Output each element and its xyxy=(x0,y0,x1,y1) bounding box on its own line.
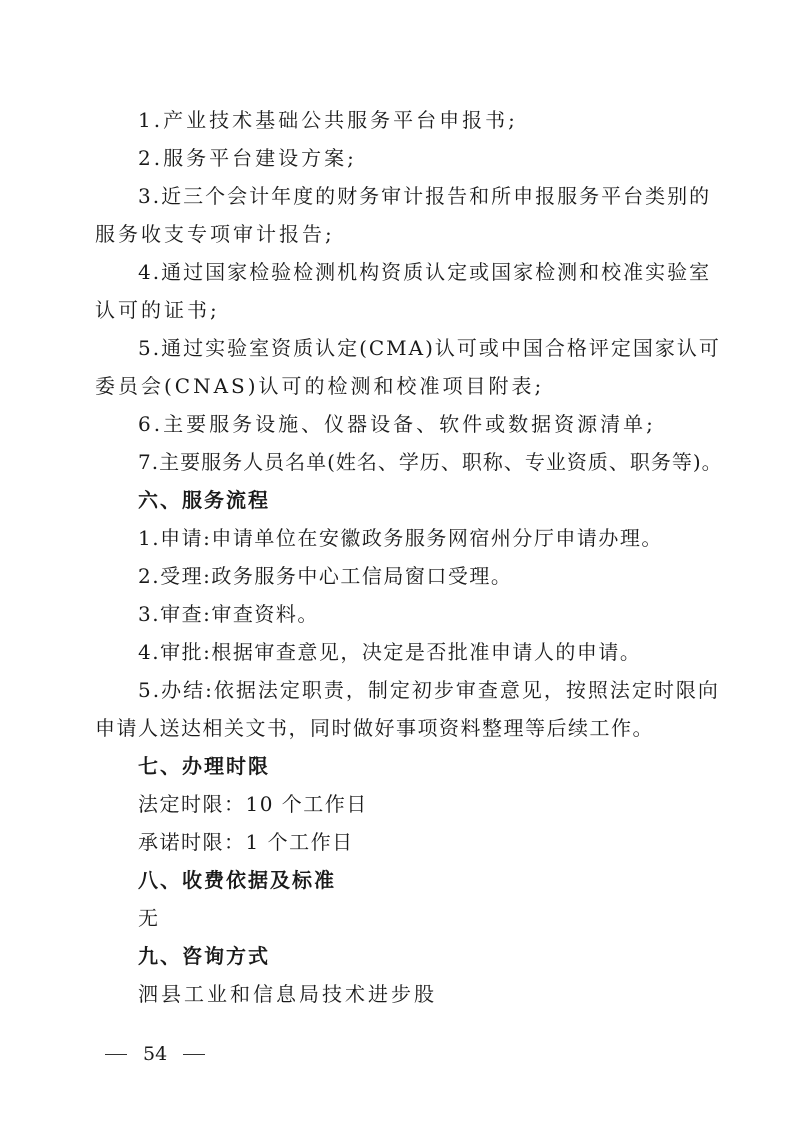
material-item-6: 6.主要服务设施、仪器设备、软件或数据资源清单; xyxy=(138,412,656,436)
process-step-5: 5.办结:依据法定职责，制定初步审查意见，按照法定时限向 xyxy=(138,678,698,702)
footer-dash-left xyxy=(105,1054,127,1055)
footer-dash-right xyxy=(183,1054,205,1055)
process-step-1: 1.申请:申请单位在安徽政务服务网宿州分厅申请办理。 xyxy=(138,526,663,550)
process-step-5-cont: 申请人送达相关文书，同时做好事项资料整理等后续工作。 xyxy=(95,716,654,740)
material-item-3: 3.近三个会计年度的财务审计报告和所申报服务平台类别的 xyxy=(138,184,698,208)
section-heading-service-process: 六、服务流程 xyxy=(138,488,270,512)
material-item-4-cont: 认可的证书; xyxy=(95,298,220,322)
legal-time-limit: 法定时限：10 个工作日 xyxy=(138,792,368,816)
document-page: 1.产业技术基础公共服务平台申报书; 2.服务平台建设方案; 3.近三个会计年度… xyxy=(0,0,793,1122)
material-item-3-cont: 服务收支专项审计报告; xyxy=(95,222,335,246)
section-heading-consultation: 九、咨询方式 xyxy=(138,944,270,968)
process-step-2: 2.受理:政务服务中心工信局窗口受理。 xyxy=(138,564,512,588)
process-step-3: 3.审查:审查资料。 xyxy=(138,602,319,626)
section-heading-processing-time: 七、办理时限 xyxy=(138,754,270,778)
material-item-4: 4.通过国家检验检测机构资质认定或国家检测和校准实验室 xyxy=(138,260,698,284)
material-item-1: 1.产业技术基础公共服务平台申报书; xyxy=(138,108,518,132)
process-step-4: 4.审批:根据审查意见，决定是否批准申请人的申请。 xyxy=(138,640,641,664)
fees-content: 无 xyxy=(138,906,161,930)
material-item-5-cont: 委员会(CNAS)认可的检测和校准项目附表; xyxy=(95,374,544,398)
material-item-5: 5.通过实验室资质认定(CMA)认可或中国合格评定国家认可 xyxy=(138,336,698,360)
material-item-7: 7.主要服务人员名单(姓名、学历、职称、专业资质、职务等)。 xyxy=(138,450,723,474)
page-number: 54 xyxy=(143,1043,167,1065)
promised-time-limit: 承诺时限：1 个工作日 xyxy=(138,830,354,854)
section-heading-fees: 八、收费依据及标准 xyxy=(138,868,336,892)
consultation-content: 泗县工业和信息局技术进步股 xyxy=(138,982,437,1006)
material-item-2: 2.服务平台建设方案; xyxy=(138,146,357,170)
page-footer: 54 xyxy=(95,1043,215,1065)
